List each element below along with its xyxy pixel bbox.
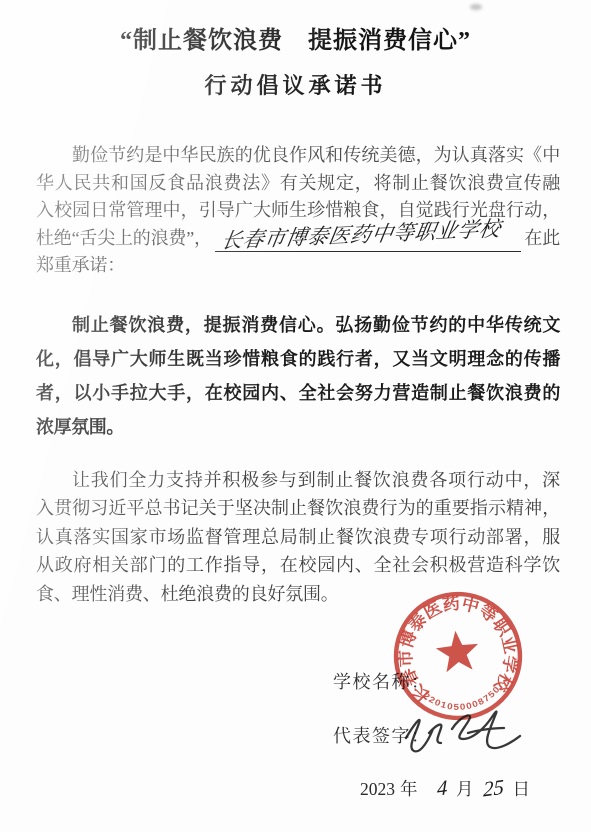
- paragraph-line-with-blank: 杜绝“舌尖上的浪费”， 长春市博泰医药中等职业学校 在此: [36, 225, 560, 253]
- document-body: 勤俭节约是中华民族的优良作风和传统美德，为认真落实《中 华人民共和国反食品浪费法…: [0, 142, 591, 608]
- document-header: “制止餐饮浪费 提振消费信心” 行动倡议承诺书: [0, 0, 591, 100]
- handwritten-date-month: 4: [437, 775, 447, 802]
- paragraph-line: 郑重承诺：: [36, 252, 560, 280]
- scan-smudge-mark: [470, 4, 482, 10]
- representative-signature-scribble: [398, 698, 528, 760]
- paragraph-line: 化，倡导广大师生既当珍惜粮食的践行者，又当文明理念的传播: [36, 342, 560, 376]
- paragraph-line: 勤俭节约是中华民族的优良作风和传统美德，为认真落实《中: [36, 142, 560, 170]
- paragraph-line: 制止餐饮浪费，提振消费信心。弘扬勤俭节约的中华传统文: [36, 308, 560, 342]
- paragraph-line: 入贯彻习近平总书记关于坚决制止餐饮浪费行为的重要指示精神，: [36, 494, 560, 523]
- paragraph-line: 认真落实国家市场监督管理总局制止餐饮浪费专项行动部署，服: [36, 523, 560, 552]
- date-day-unit: 日: [513, 776, 531, 801]
- date-year: 2023: [360, 779, 395, 800]
- handwritten-date-day: 25: [483, 774, 504, 802]
- paragraph-line: 浓厚氛围。: [36, 410, 560, 444]
- paragraph-opening: 勤俭节约是中华民族的优良作风和传统美德，为认真落实《中 华人民共和国反食品浪费法…: [36, 142, 560, 280]
- document-title-line2: 行动倡议承诺书: [0, 72, 591, 100]
- blank-line-suffix: 在此: [524, 225, 560, 253]
- seal-star-icon: [434, 629, 480, 674]
- date-line: 2023 年 4 月 25 日: [360, 776, 535, 801]
- paragraph-line: 者，以小手拉大手，在校园内、全社会努力营造制止餐饮浪费的: [36, 376, 560, 410]
- paragraph-line: 让我们全力支持并积极参与到制止餐饮浪费各项行动中，深: [36, 466, 560, 495]
- school-name-blank-underline: 长春市博泰医药中等职业学校: [215, 227, 522, 252]
- date-month-unit: 月: [456, 776, 474, 801]
- date-year-unit: 年: [400, 776, 418, 801]
- scanned-commitment-letter: “制止餐饮浪费 提振消费信心” 行动倡议承诺书 勤俭节约是中华民族的优良作风和传…: [0, 0, 591, 832]
- document-title-line1: “制止餐饮浪费 提振消费信心”: [0, 26, 591, 56]
- paragraph-commitment: 制止餐饮浪费，提振消费信心。弘扬勤俭节约的中华传统文 化，倡导广大师生既当珍惜粮…: [36, 308, 560, 444]
- paragraph-line: 华人民共和国反食品浪费法》有关规定，将制止餐饮浪费宣传融: [36, 170, 560, 198]
- paragraph-line: 从政府相关部门的工作指导，在校园内、全社会积极营造科学饮: [36, 551, 560, 580]
- blank-line-prefix: 杜绝“舌尖上的浪费”，: [36, 225, 212, 253]
